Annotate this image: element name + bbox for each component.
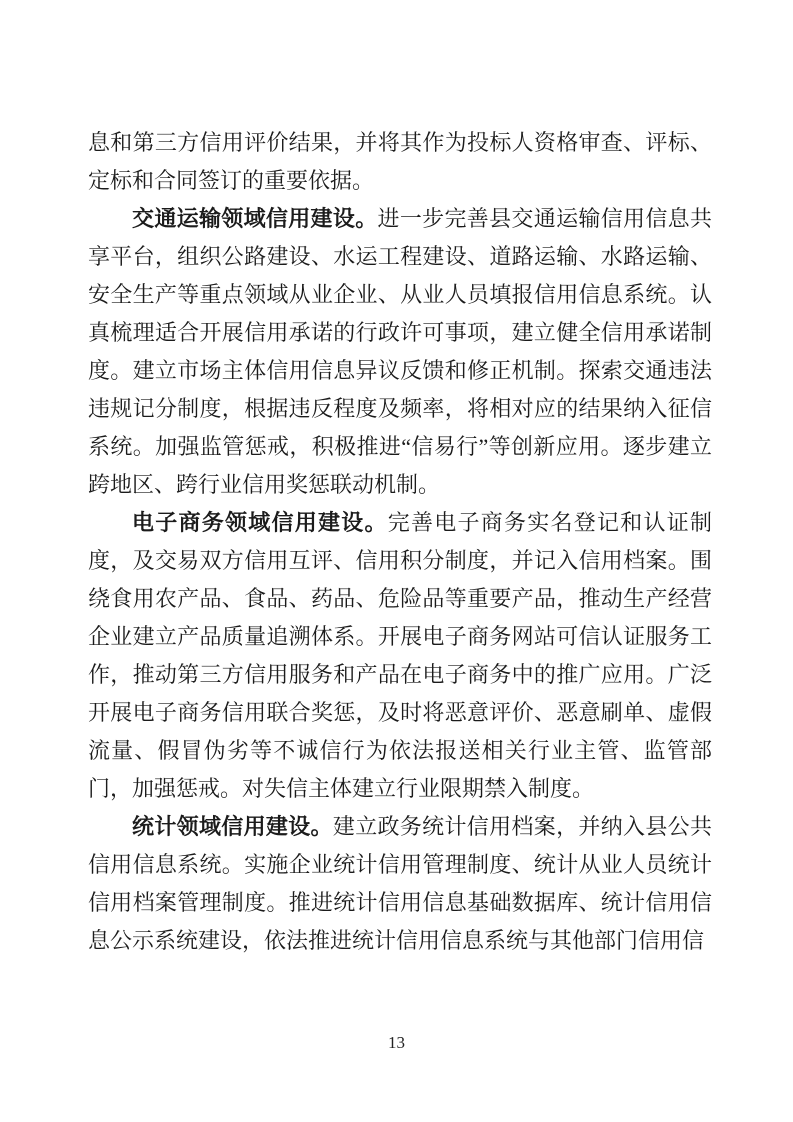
paragraph-lead: 交通运输领域信用建设。 (132, 206, 378, 231)
paragraph-body: 进一步完善县交通运输信用信息共享平台，组织公路建设、水运工程建设、道路运输、水路… (88, 206, 712, 497)
paragraph-body: 息和第三方信用评价结果，并将其作为投标人资格审查、评标、定标和合同签订的重要依据… (88, 130, 712, 193)
paragraph-continuation: 息和第三方信用评价结果，并将其作为投标人资格审查、评标、定标和合同签订的重要依据… (88, 124, 712, 200)
document-page: 息和第三方信用评价结果，并将其作为投标人资格审查、评标、定标和合同签订的重要依据… (0, 0, 793, 1122)
paragraph-lead: 电子商务领域信用建设。 (132, 510, 388, 535)
paragraph-body: 完善电子商务实名登记和认证制度，及交易双方信用互评、信用积分制度，并记入信用档案… (88, 510, 712, 801)
document-body: 息和第三方信用评价结果，并将其作为投标人资格审查、评标、定标和合同签订的重要依据… (88, 124, 712, 960)
paragraph-statistics-credit: 统计领域信用建设。建立政务统计信用档案，并纳入县公共信用信息系统。实施企业统计信… (88, 808, 712, 960)
paragraph-lead: 统计领域信用建设。 (132, 814, 333, 839)
page-number: 13 (0, 1032, 793, 1054)
paragraph-transport-credit: 交通运输领域信用建设。进一步完善县交通运输信用信息共享平台，组织公路建设、水运工… (88, 200, 712, 504)
paragraph-ecommerce-credit: 电子商务领域信用建设。完善电子商务实名登记和认证制度，及交易双方信用互评、信用积… (88, 504, 712, 808)
